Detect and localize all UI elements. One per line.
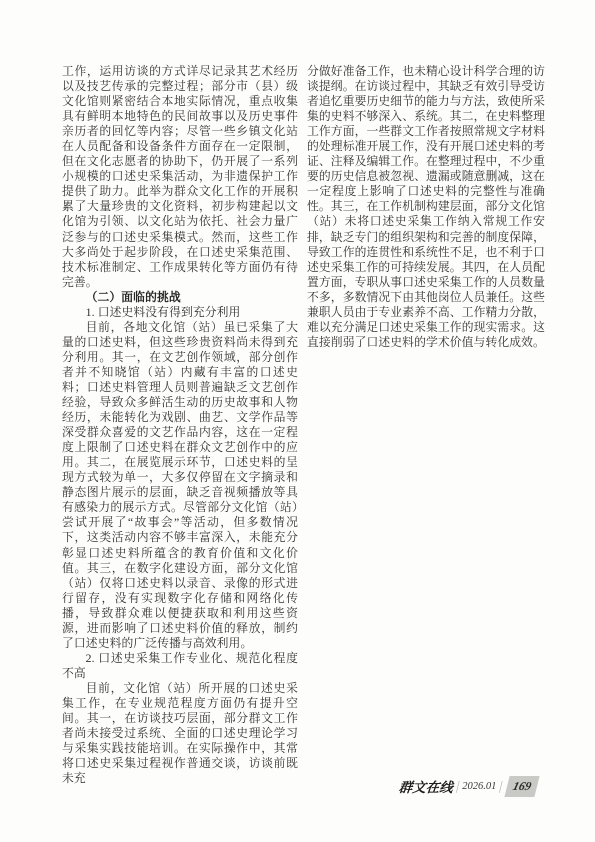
journal-page: 工作，运用访谈的方式详尽记录其艺术经历以及技艺传承的完整过程；部分市（县）级文化…	[0, 0, 595, 842]
body-paragraph-continued: 工作，运用访谈的方式详尽记录其艺术经历以及技艺传承的完整过程；部分市（县）级文化…	[62, 64, 298, 290]
page-number: 169	[511, 779, 533, 794]
left-column: 工作，运用访谈的方式详尽记录其艺术经历以及技艺传承的完整过程；部分市（县）级文化…	[62, 64, 298, 786]
issue-number: 2026.01	[462, 781, 496, 792]
body-paragraph: 目前，各地文化馆（站）虽已采集了大量的口述史料，但这些珍贵资料尚未得到充分利用。…	[62, 320, 298, 651]
footer-separator: |	[497, 778, 505, 794]
journal-name: 群文在线	[398, 776, 454, 796]
body-paragraph-continued: 分做好准备工作，也未精心设计科学合理的访谈提纲。在访谈过程中，其缺乏有效引导受访…	[307, 64, 545, 350]
footer-separator: |	[454, 778, 462, 794]
section-heading: （二）面临的挑战	[62, 290, 298, 305]
page-number-badge: 169	[504, 776, 539, 797]
subsection-heading-2: 2. 口述史采集工作专业化、规范化程度不高	[62, 651, 298, 681]
footer: 群文在线 | 2026.01 | 169	[399, 776, 537, 796]
subsection-heading-1: 1. 口述史料没有得到充分利用	[62, 305, 298, 320]
right-column: 分做好准备工作，也未精心设计科学合理的访谈提纲。在访谈过程中，其缺乏有效引导受访…	[307, 64, 545, 350]
body-paragraph: 目前，文化馆（站）所开展的口述史采集工作，在专业规范程度方面仍有提升空间。其一，…	[62, 681, 298, 786]
